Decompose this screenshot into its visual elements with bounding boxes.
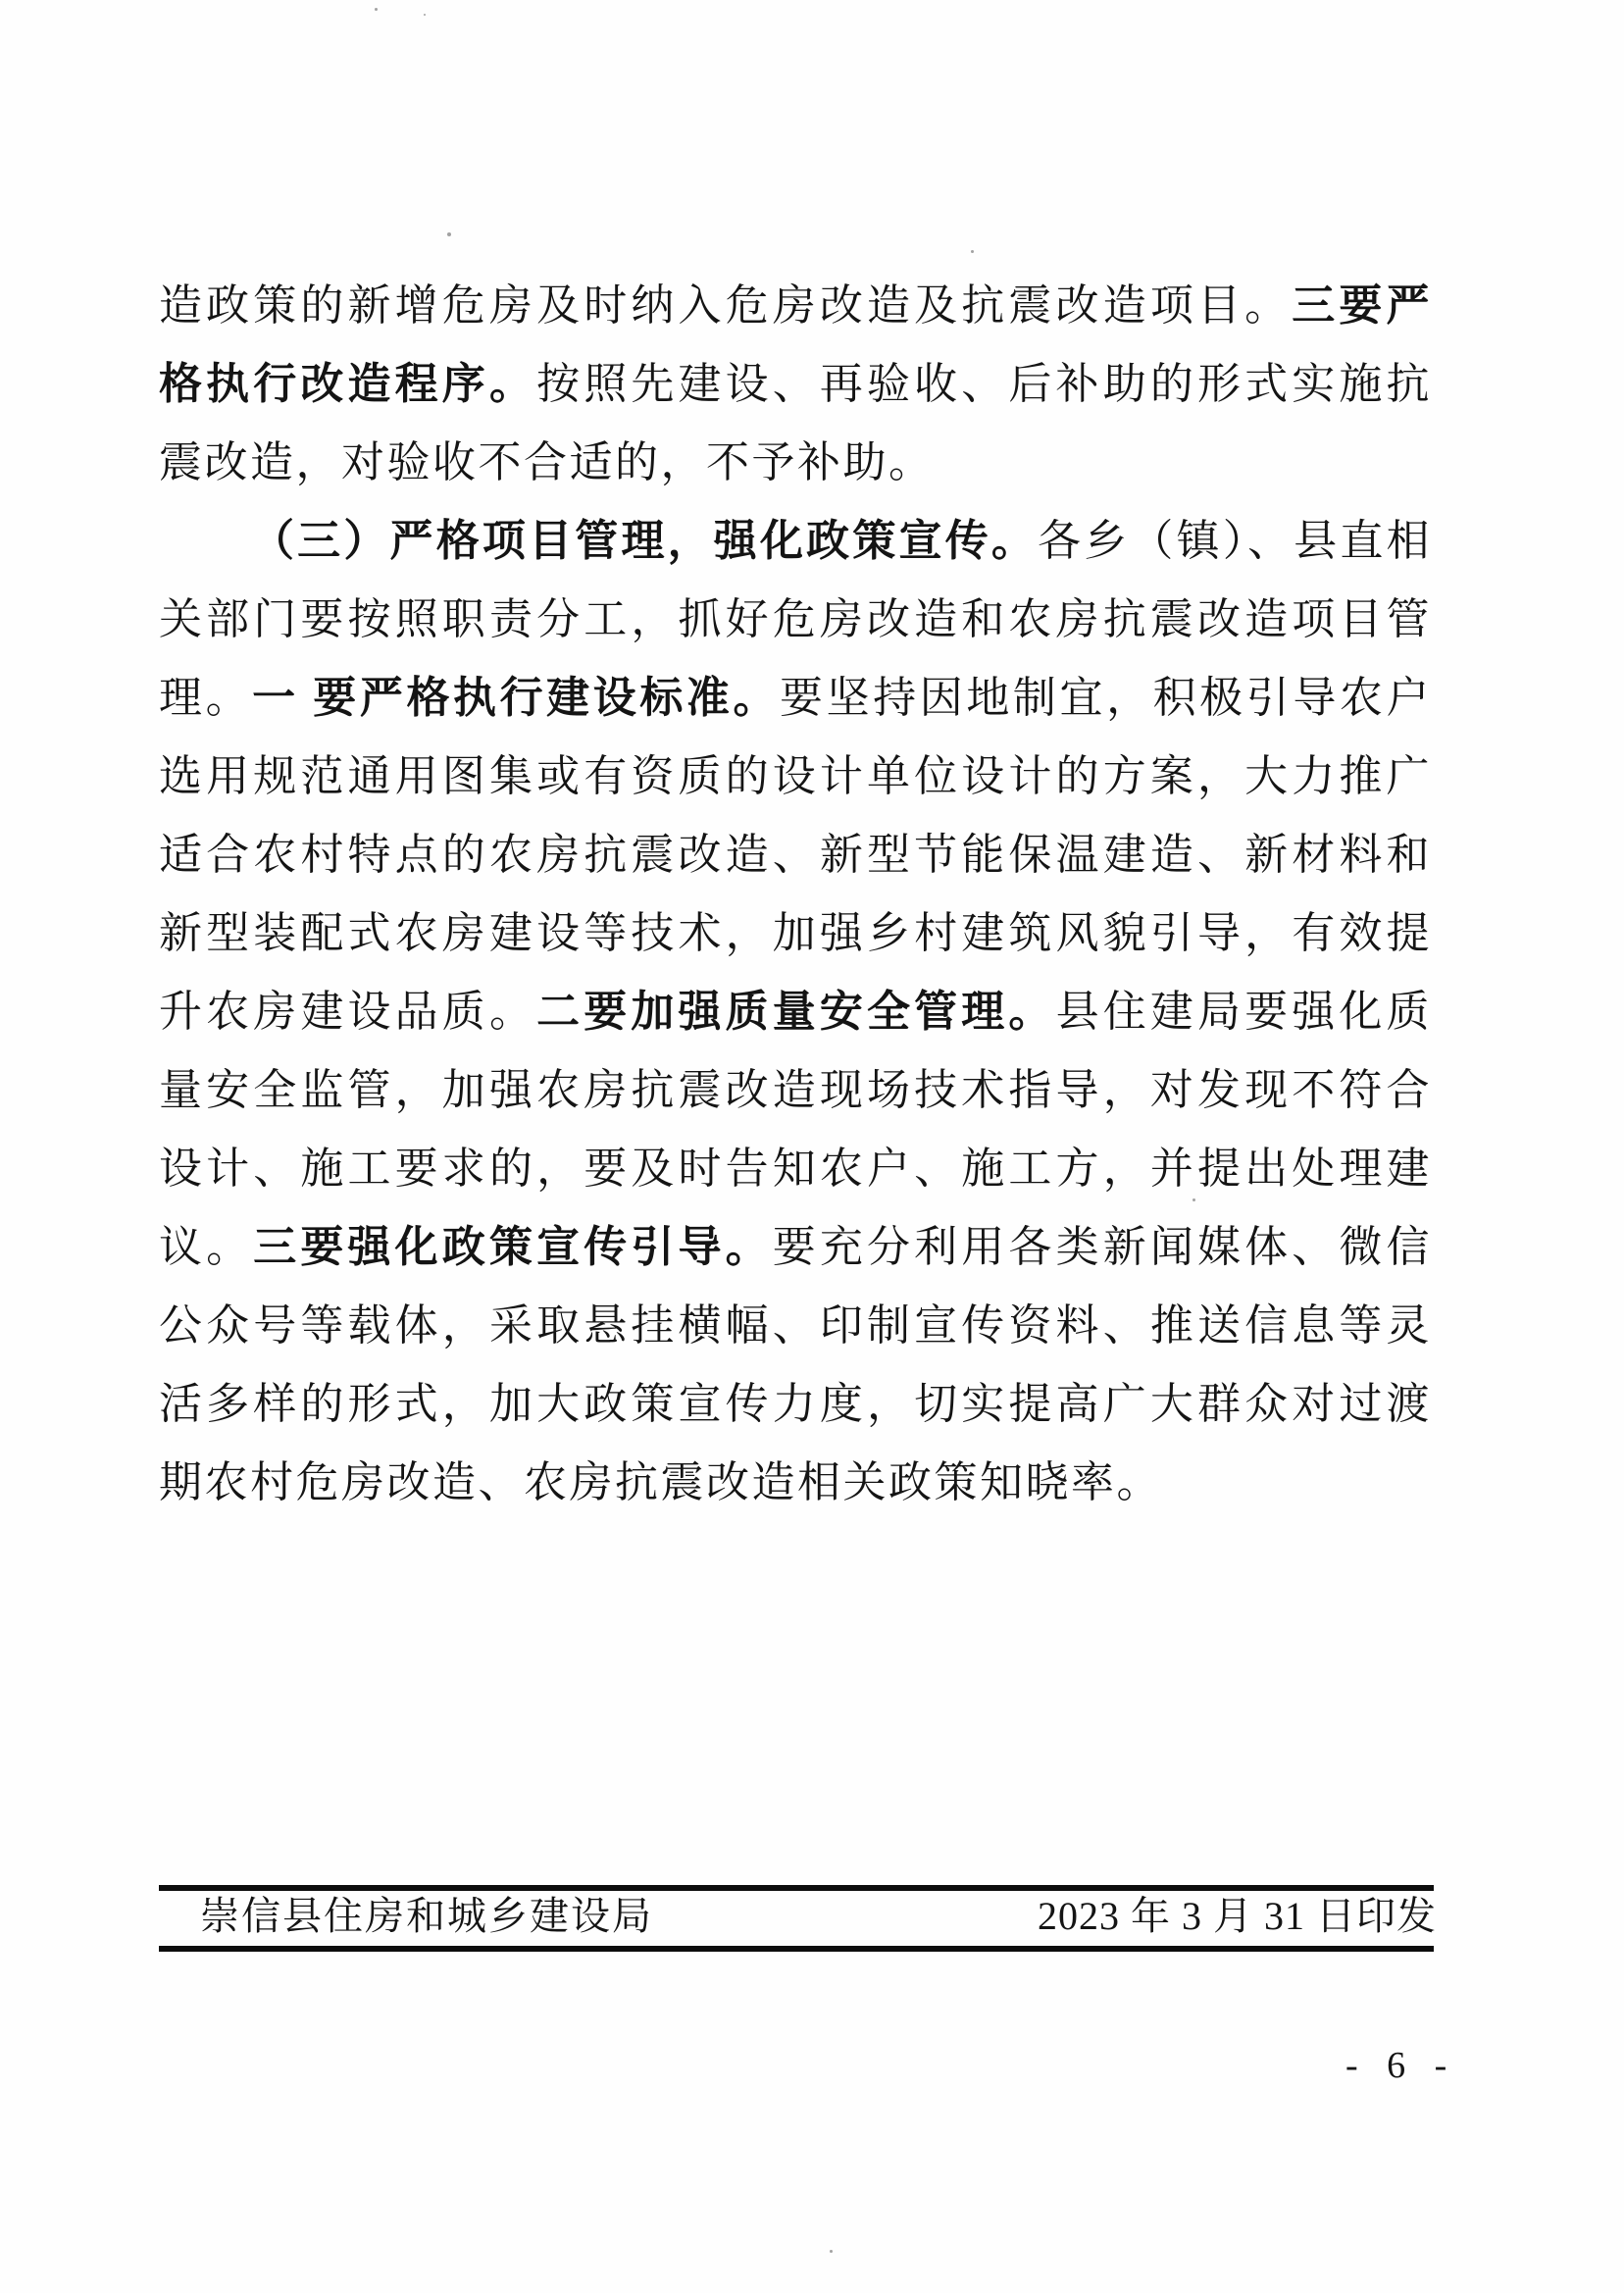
document-body: 造政策的新增危房及时纳入危房改造及抗震改造项目。三要严格执行改造程序。按照先建设…	[159, 267, 1432, 1522]
scan-speck	[830, 2250, 833, 2253]
document-page: 造政策的新增危房及时纳入危房改造及抗震改造项目。三要严格执行改造程序。按照先建设…	[0, 0, 1624, 2293]
text-run: 要坚持因地制宜，积极引导农户选用规范通用图集或有资质的设计单位设计的方案，大力推…	[159, 674, 1432, 1036]
print-date: 2023 年 3 月 31 日印发	[1038, 1891, 1437, 1942]
emphasis-run: （三）严格项目管理，强化政策宣传。	[251, 517, 1038, 565]
text-run: 造政策的新增危房及时纳入危房改造及抗震改造项目。	[159, 281, 1292, 330]
paragraph-continuation: 造政策的新增危房及时纳入危房改造及抗震改造项目。三要严格执行改造程序。按照先建设…	[159, 267, 1432, 502]
scan-speck	[971, 250, 974, 253]
footer-rule-bottom	[159, 1946, 1434, 1952]
scan-speck	[375, 8, 378, 11]
emphasis-run: 二要加强质量安全管理。	[536, 988, 1055, 1036]
emphasis-run: 三要强化政策宣传引导。	[253, 1223, 772, 1271]
scan-speck	[447, 232, 451, 236]
page-number: - 6 -	[1345, 2044, 1446, 2087]
paragraph-section-three: （三）严格项目管理，强化政策宣传。各乡（镇）、县直相关部门要按照职责分工，抓好危…	[159, 502, 1432, 1522]
scan-speck	[424, 14, 426, 16]
issuing-agency: 崇信县住房和城乡建设局	[200, 1891, 653, 1942]
emphasis-run: 一 要严格执行建设标准。	[252, 674, 780, 722]
scan-speck	[1193, 1198, 1195, 1201]
